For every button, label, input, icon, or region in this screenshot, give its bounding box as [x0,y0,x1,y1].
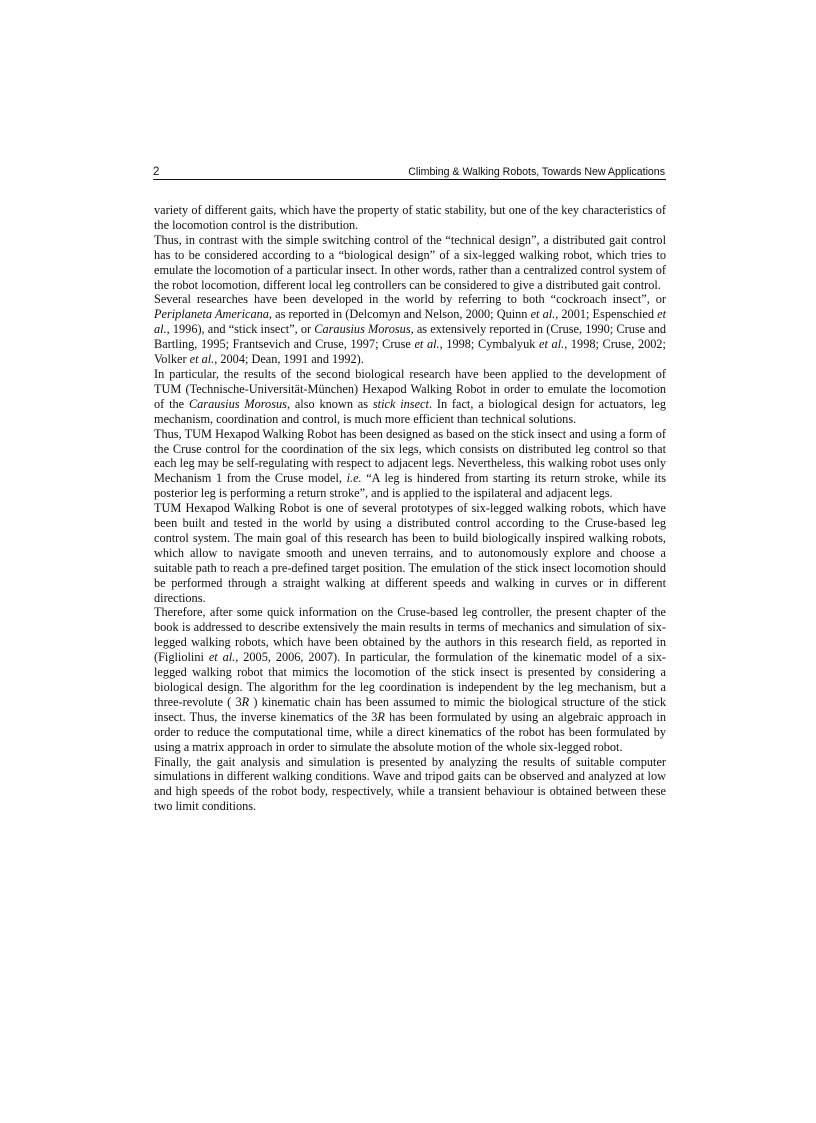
italic-text: et al. [190,352,215,366]
text-run: Finally, the gait analysis and simulatio… [154,755,666,814]
paragraph: Finally, the gait analysis and simulatio… [154,755,666,815]
text-run: Several researches have been developed i… [154,292,666,306]
paragraph: Therefore, after some quick information … [154,605,666,754]
text-run: TUM Hexapod Walking Robot is one of seve… [154,501,666,604]
text-run: , 2004; Dean, 1991 and 1992). [214,352,364,366]
text-run: variety of different gaits, which have t… [154,203,666,232]
running-title: Climbing & Walking Robots, Towards New A… [408,166,665,178]
italic-text: et al. [531,307,556,321]
italic-text: R [377,710,385,724]
paragraph: Thus, in contrast with the simple switch… [154,233,666,293]
running-header: 2 Climbing & Walking Robots, Towards New… [153,163,666,180]
paragraph: Thus, TUM Hexapod Walking Robot has been… [154,427,666,502]
document-page: 2 Climbing & Walking Robots, Towards New… [0,0,816,1123]
body-text: variety of different gaits, which have t… [154,203,666,814]
paragraph: Several researches have been developed i… [154,292,666,367]
italic-text: Periplaneta Americana [154,307,269,321]
text-run: , also known as [287,397,373,411]
italic-text: Carausius Morosus [189,397,287,411]
italic-text: Carausius Morosus [314,322,410,336]
text-run: , 1998; Cymbalyuk [440,337,539,351]
paragraph: TUM Hexapod Walking Robot is one of seve… [154,501,666,605]
italic-text: stick insect [373,397,429,411]
text-run: , 2001; Espenschied [555,307,657,321]
text-run: , as reported in (Delcomyn and Nelson, 2… [269,307,531,321]
paragraph: In particular, the results of the second… [154,367,666,427]
italic-text: et al. [414,337,439,351]
paragraph: variety of different gaits, which have t… [154,203,666,233]
text-run: , 1996), and “stick insect”, or [167,322,315,336]
italic-text: et al. [539,337,564,351]
text-run: Thus, in contrast with the simple switch… [154,233,666,292]
page-number: 2 [153,166,159,178]
italic-text: et al. [209,650,235,664]
italic-text: i.e. [347,471,362,485]
